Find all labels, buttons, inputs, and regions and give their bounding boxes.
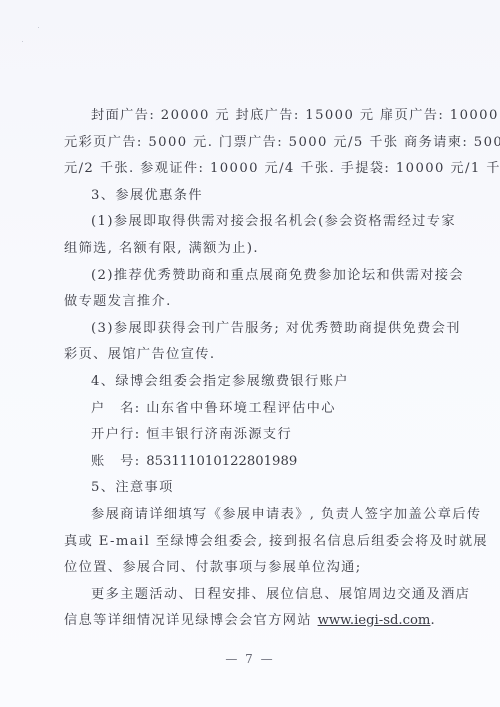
text-line: (1)参展即取得供需对接会报名机会(参会资格需经过专家 bbox=[64, 209, 440, 236]
text-fragment: 信息等详细情况详见绿博会会官方网站 bbox=[64, 613, 318, 628]
page-number: — 7 — bbox=[0, 652, 500, 666]
bank-label: 开户行: bbox=[91, 427, 146, 442]
website-link[interactable]: www.iegi-sd.com bbox=[318, 613, 431, 628]
text-line: 组筛选, 名额有限, 满额为止). bbox=[64, 236, 440, 263]
account-number-value: 853111010122801989 bbox=[146, 454, 297, 469]
document-body: 封面广告: 20000 元 封底广告: 15000 元 扉页广告: 10000 … bbox=[64, 103, 440, 635]
text-line: (2)推荐优秀赞助商和重点展商免费参加论坛和供需对接会 bbox=[64, 263, 440, 290]
account-name-label: 户 名: bbox=[91, 401, 146, 416]
text-line: 做专题发言推介. bbox=[64, 289, 440, 316]
text-line: 元彩页广告: 5000 元. 门票广告: 5000 元/5 千张 商务请柬: 5… bbox=[64, 130, 440, 157]
account-name-row: 户 名: 山东省中鲁环境工程评估中心 bbox=[64, 396, 440, 423]
section-heading-5: 5、注意事项 bbox=[64, 475, 440, 502]
account-number-label: 账 号: bbox=[91, 454, 146, 469]
section-heading-4: 4、绿博会组委会指定参展缴费银行账户 bbox=[64, 369, 440, 396]
account-name-value: 山东省中鲁环境工程评估中心 bbox=[146, 401, 336, 416]
account-number-row: 账 号: 853111010122801989 bbox=[64, 449, 440, 476]
bank-value: 恒丰银行济南泺源支行 bbox=[146, 427, 292, 442]
text-line: 封面广告: 20000 元 封底广告: 15000 元 扉页广告: 10000 bbox=[64, 103, 440, 130]
text-line: 真或 E-mail 至绿博会组委会, 接到报名信息后组委会将及时就展 bbox=[64, 529, 440, 556]
text-line: (3)参展即获得会刊广告服务; 对优秀赞助商提供免费会刊 bbox=[64, 316, 440, 343]
text-line: 元/2 千张. 参观证件: 10000 元/4 千张. 手提袋: 10000 元… bbox=[64, 156, 440, 183]
bank-row: 开户行: 恒丰银行济南泺源支行 bbox=[64, 422, 440, 449]
text-line: 彩页、展馆广告位宣传. bbox=[64, 342, 440, 369]
text-line: 参展商请详细填写《参展申请表》, 负责人签字加盖公章后传 bbox=[64, 502, 440, 529]
text-fragment: . bbox=[430, 613, 436, 628]
text-line: 更多主题活动、日程安排、展位信息、展馆周边交通及酒店 bbox=[64, 582, 440, 609]
text-line: 位位置、参展合同、付款事项与参展单位沟通; bbox=[64, 555, 440, 582]
scan-speck bbox=[22, 41, 23, 42]
website-line: 信息等详细情况详见绿博会会官方网站 www.iegi-sd.com. bbox=[64, 608, 440, 635]
section-heading-3: 3、参展优惠条件 bbox=[64, 183, 440, 210]
document-page: 封面广告: 20000 元 封底广告: 15000 元 扉页广告: 10000 … bbox=[0, 0, 500, 707]
scan-speck bbox=[38, 27, 39, 28]
